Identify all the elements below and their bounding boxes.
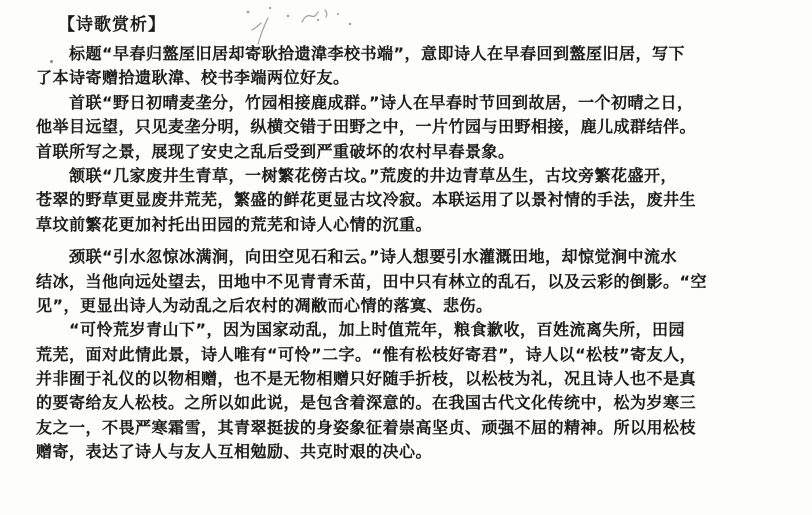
paragraph: 颈联“引水忽惊冰满涧，向田空见石和云。”诗人想要引水灌溉田地，却惊觉涧中流水结冰… xyxy=(36,245,712,318)
text-line: 友之一，不畏严寒霜雪，其青翠挺拔的身姿象征着崇高坚贞、顽强不屈的精神。所以用松枝 xyxy=(36,416,712,440)
text-line: 荒芜，面对此情此景，诗人唯有“可怜”二字。“惟有松枝好寄君”，诗人以“松枝”寄友… xyxy=(36,343,712,367)
text-line: 的要寄给友人松枝。之所以如此说，是包含着深意的。在我国古代文化传统中，松为岁寒三 xyxy=(36,391,712,415)
text-line: 草坟前繁花更加衬托出田园的荒芜和诗人心情的沉重。 xyxy=(36,213,712,237)
text-line: 颔联“几家废井生青草，一树繁花傍古坟。”荒废的井边青草丛生，古坟旁繁花盛开， xyxy=(36,164,712,188)
paragraph: 首联“野日初晴麦垄分，竹园相接鹿成群。”诗人在早春时节回到故居，一个初晴之日，他… xyxy=(36,91,712,164)
text-line: 结冰，当他向远处望去，田地中不见青青禾苗，田中只有林立的乱石，以及云彩的倒影。“… xyxy=(36,270,712,294)
paragraph: 颔联“几家废井生青草，一树繁花傍古坟。”荒废的井边青草丛生，古坟旁繁花盛开，苍翠… xyxy=(36,164,712,237)
text-line: “可怜荒岁青山下”，因为国家动乱，加上时值荒年，粮食歉收，百姓流离失所，田园 xyxy=(36,318,712,342)
text-line: 了本诗寄赠拾遗耿湋、校书李端两位好友。 xyxy=(36,66,712,90)
text-line: 他举目远望，只见麦垄分明，纵横交错于田野之中，一片竹园与田野相接，鹿儿成群结伴。 xyxy=(36,115,712,139)
text-line: 首联“野日初晴麦垄分，竹园相接鹿成群。”诗人在早春时节回到故居，一个初晴之日， xyxy=(36,91,712,115)
text-line: 见”，更显出诗人为动乱之后农村的凋敝而心情的落寞、悲伤。 xyxy=(36,294,712,318)
text-line: 颈联“引水忽惊冰满涧，向田空见石和云。”诗人想要引水灌溉田地，却惊觉涧中流水 xyxy=(36,245,712,269)
text-line: 赠寄，表达了诗人与友人互相勉励、共克时艰的决心。 xyxy=(36,440,712,464)
paragraph: “可怜荒岁青山下”，因为国家动乱，加上时值荒年，粮食歉收，百姓流离失所，田园荒芜… xyxy=(36,318,712,464)
text-line: 首联所写之景，展现了安史之乱后受到严重破坏的农村早春景象。 xyxy=(36,140,712,164)
text-line: 苍翠的野草更显废井荒芜，繁盛的鲜花更显古坟冷寂。本联运用了以景衬情的手法，废井生 xyxy=(36,188,712,212)
paragraph: 标题“早春归盩厔旧居却寄耿拾遗湋李校书端”，意即诗人在早春回到盩厔旧居，写下了本… xyxy=(36,42,712,91)
text-line: 标题“早春归盩厔旧居却寄耿拾遗湋李校书端”，意即诗人在早春回到盩厔旧居，写下 xyxy=(36,42,712,66)
section-title: 【诗歌赏析】 xyxy=(58,12,712,38)
document-body: 标题“早春归盩厔旧居却寄耿拾遗湋李校书端”，意即诗人在早春回到盩厔旧居，写下了本… xyxy=(36,42,712,465)
text-line: 并非囿于礼仪的以物相赠，也不是无物相赠只好随手折枝，以松枝为礼，况且诗人也不是真 xyxy=(36,367,712,391)
scanned-document-page: 【诗歌赏析】 标题“早春归盩厔旧居却寄耿拾遗湋李校书端”，意即诗人在早春回到盩厔… xyxy=(0,0,812,515)
document-text-block: 【诗歌赏析】 标题“早春归盩厔旧居却寄耿拾遗湋李校书端”，意即诗人在早春回到盩厔… xyxy=(36,10,712,465)
